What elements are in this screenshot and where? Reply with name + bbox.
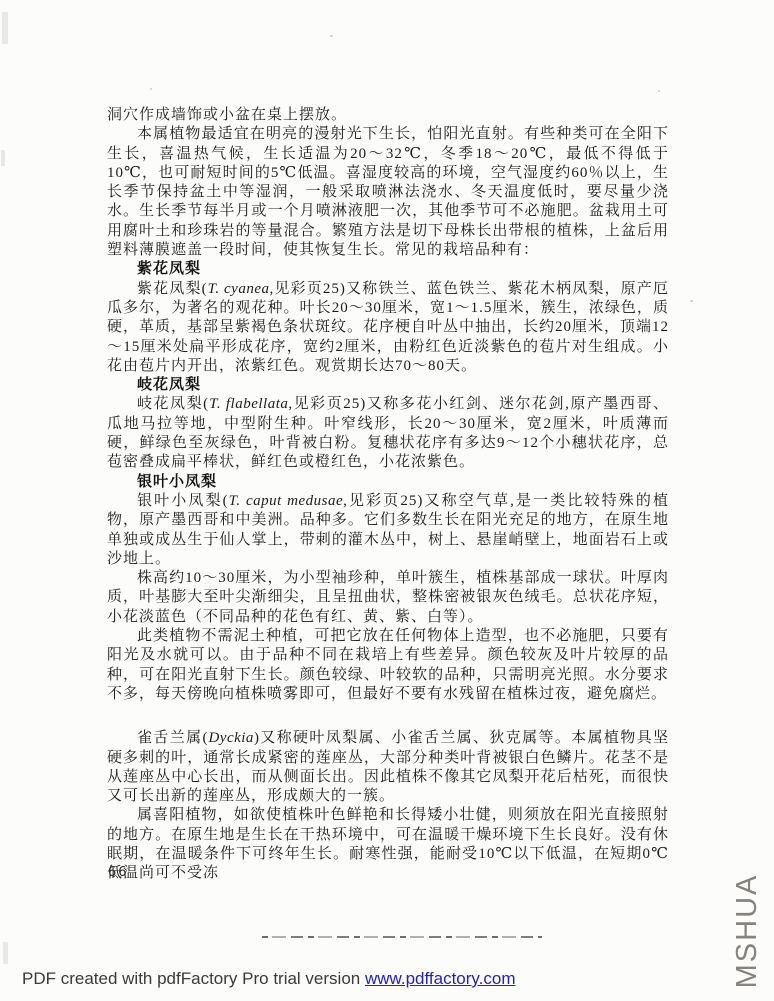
heading-silver-leaf-bromeliad: 银叶小凤梨 xyxy=(107,473,669,492)
latin-genus-name: Dyckia xyxy=(208,730,253,746)
heading-purple-flower-bromeliad: 紫花凤梨 xyxy=(107,260,669,279)
scan-artifact-line xyxy=(262,936,542,938)
footer-text: PDF created with pdfFactory Pro trial ve… xyxy=(22,969,365,988)
paragraph-intro-tail: 洞穴作成墙饰或小盆在桌上摆放。 xyxy=(107,106,669,125)
page-number: 66 xyxy=(108,865,129,880)
pdf-footer: PDF created with pdfFactory Pro trial ve… xyxy=(22,969,516,989)
latin-species-name: T. cyanea xyxy=(208,281,270,297)
paragraph-dyckia-genus: 雀舌兰属(Dyckia)又称硬叶凤梨属、小雀舌兰属、狄克属等。本属植物具坚硬多刺… xyxy=(107,729,669,806)
scan-speck xyxy=(150,88,152,90)
paragraph-silver-leaf-description: 株高约10～30厘米，为小型袖珍种，单叶簇生，植株基部成一球状。叶厚肉质，叶基膨… xyxy=(107,569,669,627)
scan-speck xyxy=(330,35,333,37)
latin-species-name: T. flabellata xyxy=(209,396,288,412)
page-body: 洞穴作成墙饰或小盆在桌上摆放。 本属植物最适宜在明亮的漫射光下生长，怕阳光直射。… xyxy=(107,106,669,884)
paragraph-genus-care: 本属植物最适宜在明亮的漫射光下生长，怕阳光直射。有些种类可在全阳下生长，喜温热气… xyxy=(107,125,669,260)
species-text-pre: 雀舌兰属( xyxy=(137,730,208,746)
paragraph-fan-flower-bromeliad: 岐花凤梨(T. flabellata,见彩页25)又称多花小红剑、迷尔花剑,原产… xyxy=(107,395,669,472)
species-text-pre: 紫花凤梨( xyxy=(137,281,208,297)
watermark-mshua: MSHUA xyxy=(728,871,766,991)
paragraph-silver-leaf-bromeliad: 银叶小凤梨(T. caput medusae,见彩页25)又称空气草,是一类比较… xyxy=(107,492,669,569)
scan-speck xyxy=(658,90,660,92)
scan-edge-smudge xyxy=(3,942,8,964)
species-text-pre: 岐花凤梨( xyxy=(137,396,209,412)
paragraph-purple-flower-bromeliad: 紫花凤梨(T. cyanea,见彩页25)又称铁兰、蓝色铁兰、紫花木柄凤梨，原产… xyxy=(107,280,669,376)
paragraph-silver-leaf-care: 此类植物不需泥土种植，可把它放在任何物体上造型，也不必施肥，只要有阳光及水就可以… xyxy=(107,627,669,704)
heading-fan-flower-bromeliad: 岐花凤梨 xyxy=(107,376,669,395)
species-text-pre: 银叶小凤梨( xyxy=(137,493,229,509)
paragraph-dyckia-care: 属喜阳植物，如欲使植株叶色鲜艳和长得矮小壮健，则须放在阳光直接照射的地方。在原生… xyxy=(107,806,669,883)
pdffactory-link[interactable]: www.pdffactory.com xyxy=(365,969,516,988)
scan-speck xyxy=(690,300,693,302)
latin-species-name: T. caput medusae xyxy=(229,493,344,509)
scan-edge-smudge xyxy=(2,12,8,44)
scan-edge-smudge xyxy=(1,150,5,166)
scanned-book-page: 洞穴作成墙饰或小盆在桌上摆放。 本属植物最适宜在明亮的漫射光下生长，怕阳光直射。… xyxy=(0,0,774,1001)
